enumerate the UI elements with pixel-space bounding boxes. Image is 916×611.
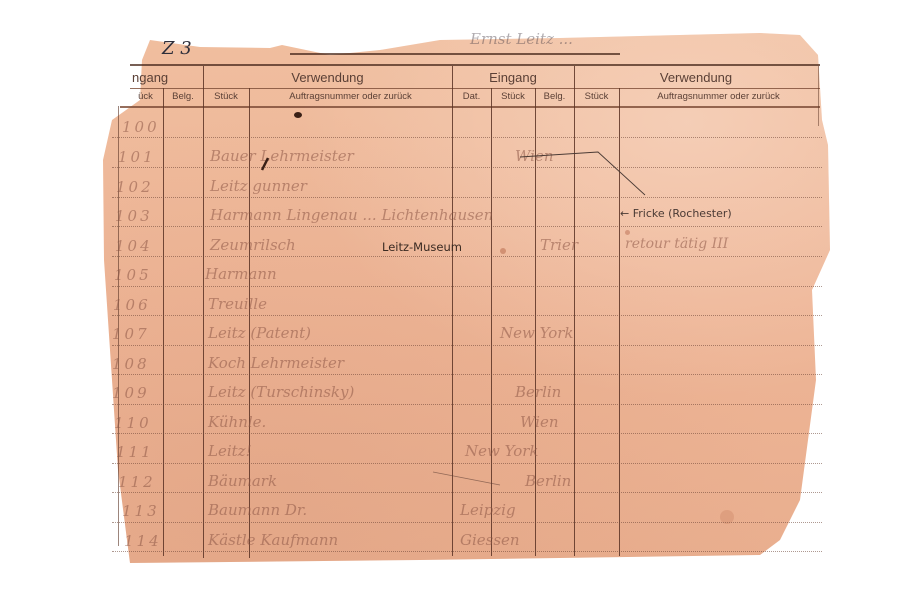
annotation-connector-line [0, 0, 916, 611]
ledger-card: Z 3 Ernst Leitz ... ngang Verwendung ück… [0, 0, 916, 611]
